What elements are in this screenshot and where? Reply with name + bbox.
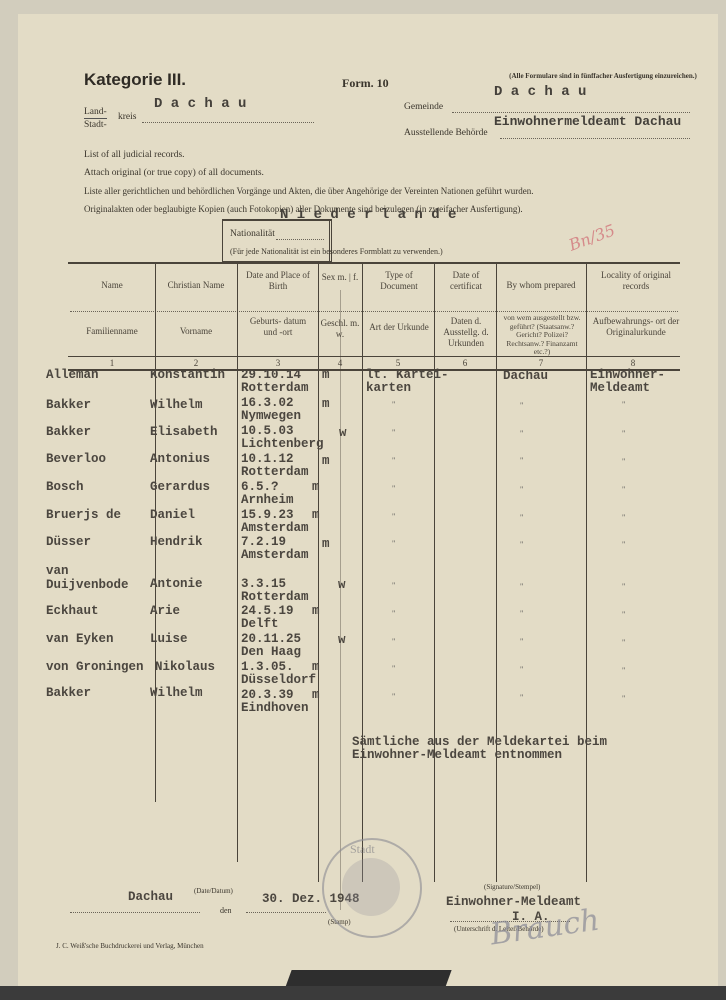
col-header-date-de: Daten d. Ausstellg. d. Urkunden: [436, 316, 496, 349]
copies-note: (Alle Formulare sind in fünffacher Ausfe…: [508, 72, 698, 80]
cell-locality: ": [622, 429, 625, 438]
stamp-text: Stadt: [350, 842, 375, 857]
col-divider-2: [237, 262, 238, 862]
behoerde-line: [500, 138, 690, 139]
col-header-christian-en: Christian Name: [156, 280, 236, 291]
cell-by-whom: ": [520, 582, 523, 591]
cell-sex: m: [322, 397, 330, 411]
col-number: 7: [497, 358, 585, 369]
cell-by-whom: ": [520, 540, 523, 549]
col-header-birth-en: Date and Place of Birth: [246, 270, 310, 292]
col-divider-6: [496, 262, 497, 882]
cell-birth-place: Arnheim: [241, 493, 294, 507]
cell-by-whom: ": [520, 637, 523, 646]
cell-birth-date: 16.3.02: [241, 396, 294, 410]
cell-locality: ": [622, 666, 625, 675]
cell-by-whom: ": [520, 609, 523, 618]
cell-birth-place: Nymwegen: [241, 409, 301, 423]
cell-first-name: Gerardus: [150, 480, 210, 494]
cell-sex: m: [322, 368, 330, 382]
cell-by-whom: ": [520, 485, 523, 494]
cell-sex: m: [312, 688, 320, 702]
col-header-name-en: Name: [70, 280, 154, 291]
kreis-suffix: kreis: [118, 112, 136, 122]
cell-locality: ": [622, 582, 625, 591]
cell-birth-place: Düsseldorf: [241, 673, 316, 687]
cell-sex: m: [322, 454, 330, 468]
stadt-label: Stadt-: [84, 120, 107, 130]
cell-doc-type: ": [392, 484, 395, 493]
cell-birth-place: Amsterdam: [241, 521, 309, 535]
cell-name: Bosch: [46, 480, 84, 494]
instruction-1: List of all judicial records.: [84, 150, 185, 160]
instruction-3: Liste aller gerichtlichen und behördlich…: [84, 186, 533, 196]
cell-birth-date: 29.10.14: [241, 368, 301, 382]
cell-sex: w: [338, 578, 346, 592]
scan-border: [0, 986, 726, 1000]
behoerde-value: Einwohnermeldeamt Dachau: [494, 114, 681, 129]
cell-sex: m: [322, 537, 330, 551]
cell-first-name: Hendrik: [150, 535, 203, 549]
cell-doc-type: ": [392, 428, 395, 437]
cell-birth-date: 6.5.?: [241, 480, 279, 494]
cell-birth-place: Rotterdam: [241, 465, 309, 479]
cell-name: van Eyken: [46, 632, 114, 646]
cell-locality: ": [622, 513, 625, 522]
cell-birth-place: Rotterdam: [241, 381, 309, 395]
cell-birth-place: Eindhoven: [241, 701, 309, 715]
kreis-line: [142, 122, 314, 123]
col-header-type-de: Art der Urkunde: [368, 322, 430, 333]
cell-by-whom: Dachau: [503, 369, 548, 383]
cell-by-whom: ": [520, 665, 523, 674]
cell-locality: Einwohner-Meldeamt: [590, 369, 680, 395]
form-number: Form. 10: [342, 76, 389, 91]
sex-subdivider: [340, 290, 341, 910]
cell-first-name: Nikolaus: [155, 660, 215, 674]
cell-first-name: Antonius: [150, 452, 210, 466]
cell-by-whom: ": [520, 456, 523, 465]
cell-name: Bakker: [46, 425, 91, 439]
nationality-value: N i e d e r l a n d e: [280, 207, 456, 223]
printer-imprint: J. C. Weiß'sche Buchdruckerei und Verlag…: [56, 942, 204, 950]
cell-name: Alleman: [46, 368, 99, 382]
cell-birth-date: 20.3.39: [241, 688, 294, 702]
col-header-birth-de: Geburts- datum und -ort: [246, 316, 310, 338]
cell-doc-type: ": [392, 637, 395, 646]
cell-name: Bakker: [46, 686, 91, 700]
place-line: [70, 912, 200, 913]
col-header-type-en: Type of Document: [368, 270, 430, 292]
gemeinde-label: Gemeinde: [404, 102, 443, 112]
cell-name: Beverloo: [46, 452, 106, 466]
col-header-sex-en: Sex m. | f.: [319, 272, 361, 283]
gemeinde-value: D a c h a u: [494, 84, 586, 100]
cell-sex: w: [338, 633, 346, 647]
cell-locality: ": [622, 400, 625, 409]
col-divider-3: [318, 262, 319, 882]
col-divider-4: [362, 262, 363, 882]
cell-sex: m: [312, 604, 320, 618]
col-divider-5: [434, 262, 435, 882]
cell-birth-place: Rotterdam: [241, 590, 309, 604]
table-top-border: [68, 262, 680, 264]
col-header-sex-de: Geschl. m. w.: [319, 318, 361, 340]
cell-doc-type: lt. Kartei-karten: [366, 369, 456, 395]
cell-birth-place: Amsterdam: [241, 548, 309, 562]
cell-first-name: Arie: [150, 604, 180, 618]
cell-sex: m: [312, 508, 320, 522]
behoerde-label: Ausstellende Behörde: [404, 128, 488, 138]
col-header-locality-en: Locality of original records: [596, 270, 676, 292]
instruction-2: Attach original (or true copy) of all do…: [84, 168, 264, 178]
col-header-bywhom-en: By whom prepared: [506, 280, 576, 291]
cell-locality: ": [622, 485, 625, 494]
cell-name: van Duijvenbode: [46, 564, 156, 592]
cell-birth-place: Delft: [241, 617, 279, 631]
kreis-value: D a c h a u: [154, 96, 246, 112]
cell-name: von Groningen: [46, 660, 144, 674]
cell-doc-type: ": [392, 581, 395, 590]
kreis-label: Land- Stadt-: [84, 106, 107, 131]
cell-name: Eckhaut: [46, 604, 99, 618]
col-header-bywhom-de: von wem ausgestellt bzw. geführt? (Staat…: [498, 314, 586, 357]
col-divider-1: [155, 262, 156, 802]
footer-place: Dachau: [128, 890, 173, 904]
remark-line-1: Sämtliche aus der Meldekartei beim: [352, 735, 607, 749]
cell-locality: ": [622, 610, 625, 619]
cell-birth-place: Den Haag: [241, 645, 301, 659]
cell-first-name: Wilhelm: [150, 398, 203, 412]
gemeinde-line: [452, 112, 690, 113]
cell-doc-type: ": [392, 512, 395, 521]
header-number-line: [68, 356, 680, 357]
cell-birth-date: 20.11.25: [241, 632, 301, 646]
cell-birth-date: 1.3.05.: [241, 660, 294, 674]
remark-line-2: Einwohner-Meldeamt entnommen: [352, 748, 562, 762]
cell-doc-type: ": [392, 664, 395, 673]
nationality-line: [276, 239, 324, 240]
cell-first-name: Antonie: [150, 577, 203, 591]
col-header-name-de: Familienname: [70, 326, 154, 337]
cell-doc-type: ": [392, 400, 395, 409]
cell-doc-type: ": [392, 539, 395, 548]
cell-first-name: Daniel: [150, 508, 195, 522]
date-label: (Date/Datum): [194, 887, 233, 895]
cell-locality: ": [622, 694, 625, 703]
den-label: den: [220, 906, 232, 915]
cell-by-whom: ": [520, 513, 523, 522]
cell-locality: ": [622, 540, 625, 549]
cell-doc-type: ": [392, 609, 395, 618]
cell-birth-date: 15.9.23: [241, 508, 294, 522]
category-title: Kategorie III.: [84, 70, 186, 90]
cell-by-whom: ": [520, 693, 523, 702]
date-line: [246, 912, 326, 913]
cell-first-name: Luise: [150, 632, 188, 646]
cell-sex: m: [312, 480, 320, 494]
cell-birth-date: 10.1.12: [241, 452, 294, 466]
col-header-date-en: Date of certificat: [440, 270, 492, 292]
cell-birth-date: 3.3.15: [241, 577, 286, 591]
cell-birth-date: 7.2.19: [241, 535, 286, 549]
col-header-christian-de: Vorname: [156, 326, 236, 337]
col-divider-7: [586, 262, 587, 882]
cell-birth-date: 10.5.03: [241, 424, 294, 438]
cell-locality: ": [622, 457, 625, 466]
cell-name: Bakker: [46, 398, 91, 412]
cell-by-whom: ": [520, 401, 523, 410]
cell-first-name: Konstantin: [150, 368, 225, 382]
cell-sex: w: [339, 426, 347, 440]
cell-by-whom: ": [520, 429, 523, 438]
cell-first-name: Elisabeth: [150, 425, 218, 439]
cell-birth-place: Lichtenberg: [241, 437, 324, 451]
nationality-label: Nationalität: [230, 229, 275, 239]
nationality-note: (Für jede Nationalität ist ein besondere…: [230, 247, 443, 256]
col-header-locality-de: Aufbewahrungs- ort der Originalurkunde: [592, 316, 680, 338]
cell-doc-type: ": [392, 456, 395, 465]
cell-locality: ": [622, 638, 625, 647]
cell-name: Düsser: [46, 535, 91, 549]
cell-first-name: Wilhelm: [150, 686, 203, 700]
official-stamp: Stadt: [322, 838, 422, 938]
cell-sex: m: [312, 660, 320, 674]
cell-name: Bruerjs de: [46, 508, 121, 522]
land-label: Land-: [84, 106, 107, 119]
signature-label: (Signature/Stempel): [484, 883, 540, 891]
cell-birth-date: 24.5.19: [241, 604, 294, 618]
eagle-emblem: [342, 858, 400, 916]
cell-doc-type: ": [392, 692, 395, 701]
